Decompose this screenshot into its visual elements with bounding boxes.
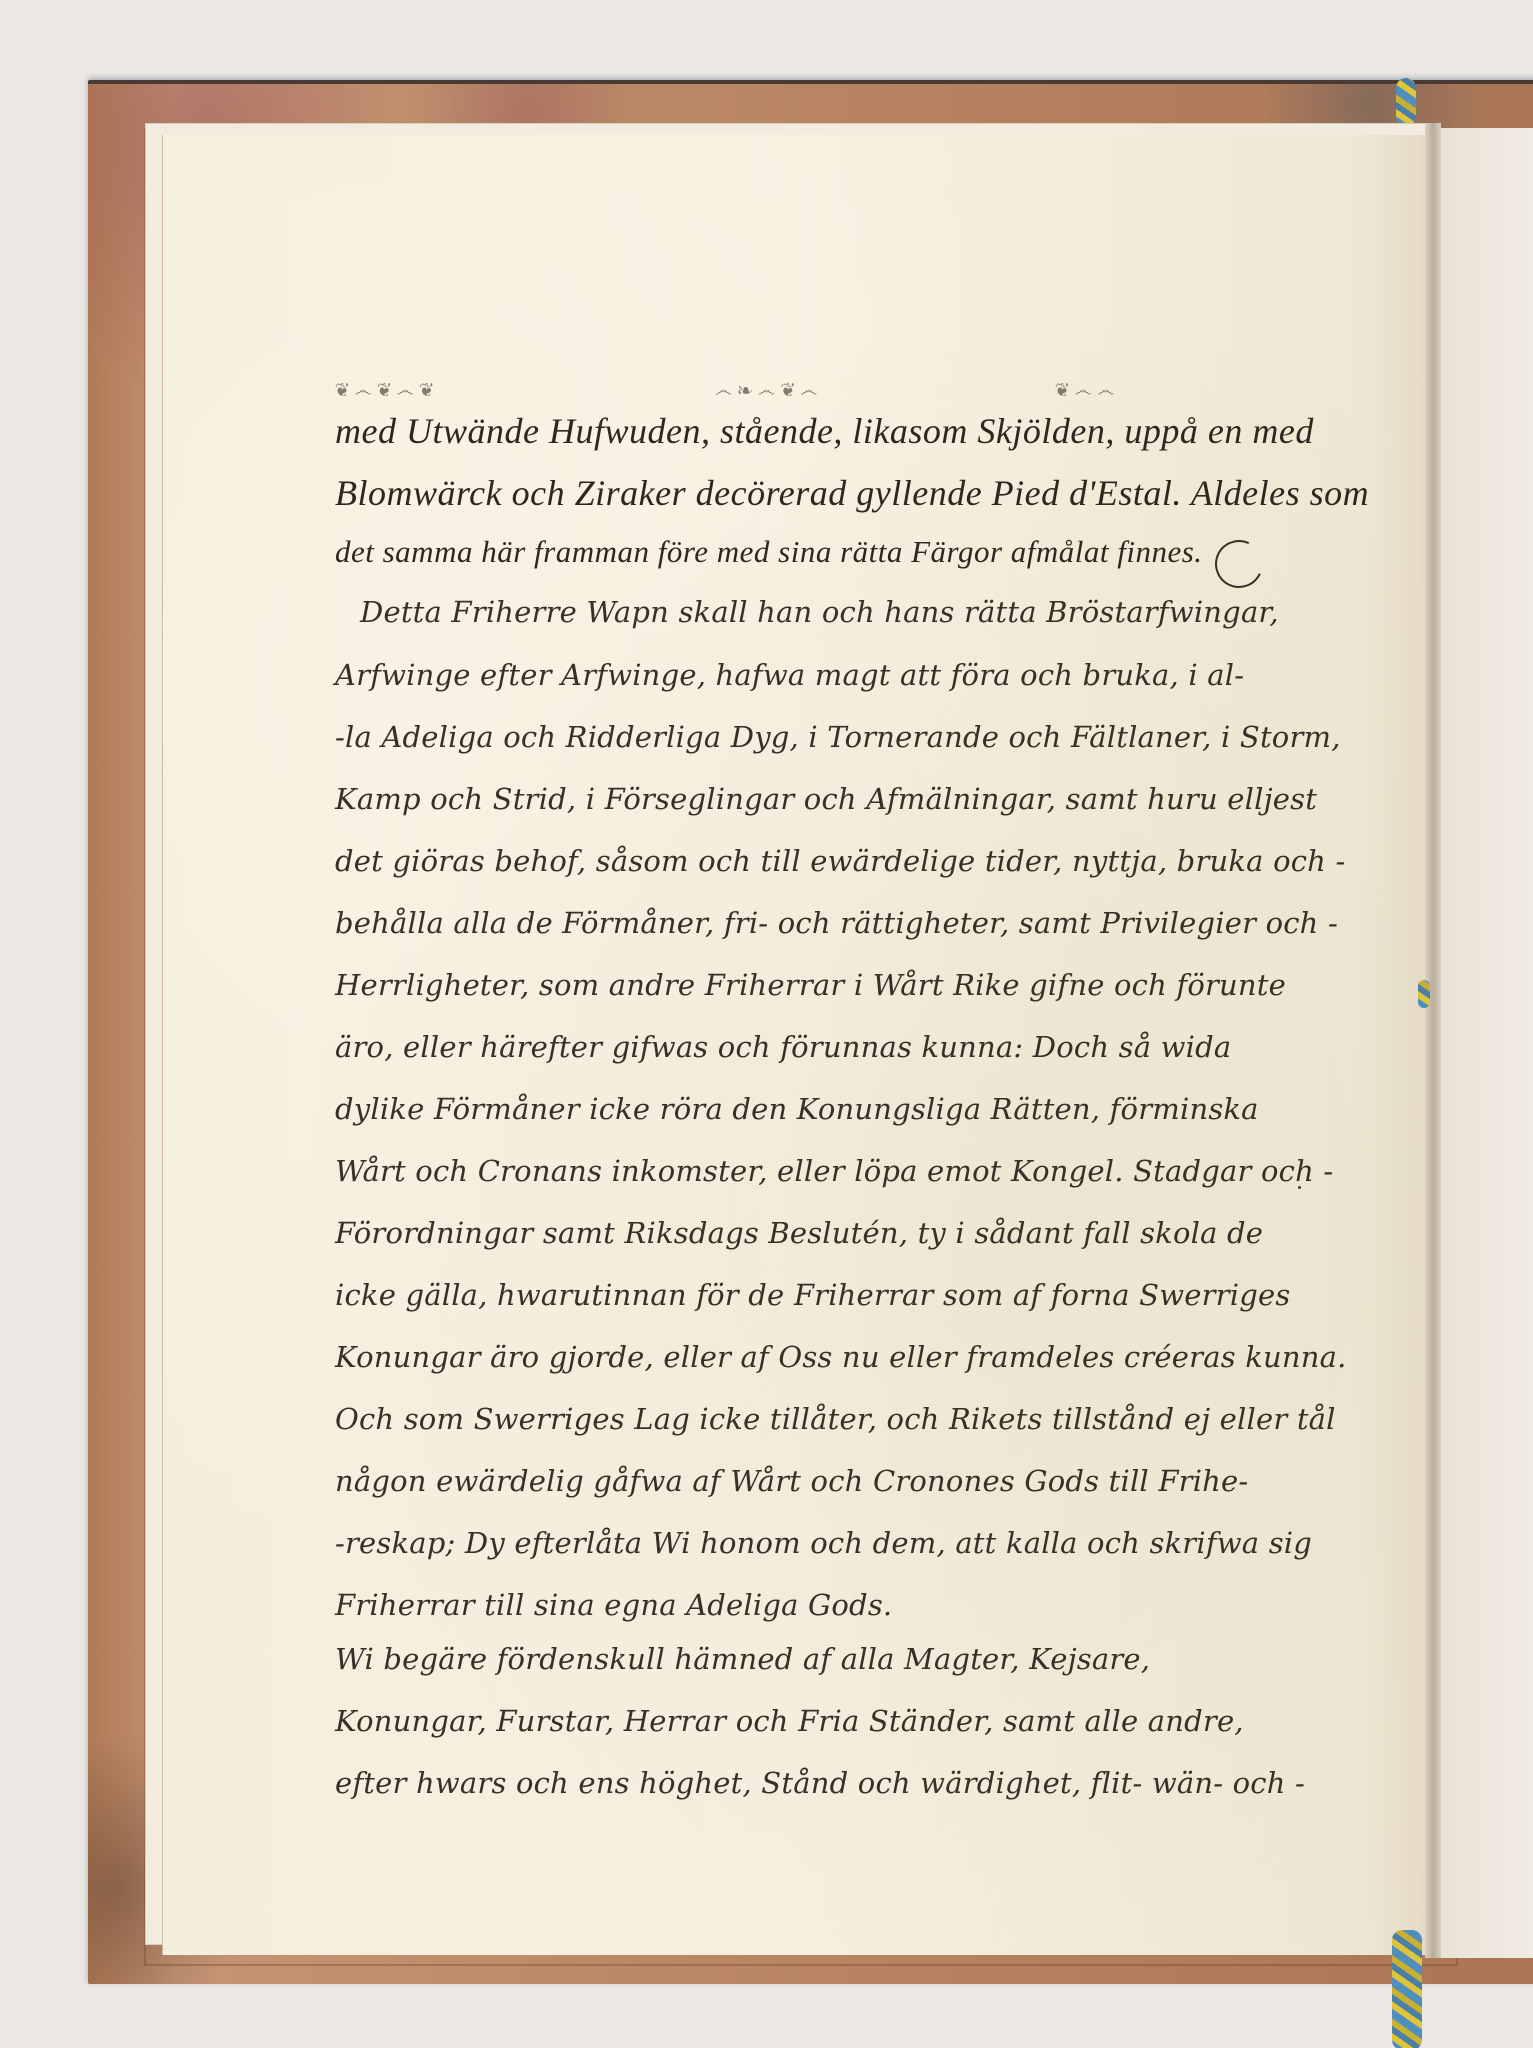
heading-line: med Utwände Hufwuden, stående, likasom S…	[335, 410, 1314, 452]
body-line: Konungar äro gjorde, eller af Oss nu ell…	[335, 1340, 1347, 1374]
body-line: Wi begäre fördenskull hämned af alla Mag…	[335, 1642, 1150, 1676]
flourish-ornament: ❦ ෴ ❦ ෴ ❦	[335, 380, 433, 401]
body-line: dylike Förmåner icke röra den Konungslig…	[335, 1092, 1259, 1126]
flourish-ornament: ❦ ෴ ෴	[1055, 380, 1114, 401]
body-line: -reskap; Dy efterlåta Wi honom och dem, …	[335, 1526, 1312, 1560]
body-line: icke gälla, hwarutinnan för de Friherrar…	[335, 1278, 1290, 1312]
body-line: Friherrar till sina egna Adeliga Gods.	[335, 1588, 892, 1622]
body-line: Och som Swerriges Lag icke tillåter, och…	[335, 1402, 1336, 1436]
body-line: -la Adeliga och Ridderliga Dyg, i Torner…	[335, 720, 1341, 754]
body-line: Herrligheter, som andre Friherrar i Wårt…	[335, 968, 1286, 1002]
body-line: det giöras behof, såsom och till ewärdel…	[335, 844, 1345, 878]
heading-line: det samma här framman före med sina rätt…	[335, 534, 1203, 570]
bookmark-cord-middle	[1418, 980, 1430, 1008]
body-line: äro, eller härefter gifwas och förunnas …	[335, 1030, 1231, 1064]
body-line: Förordningar samt Riksdags Beslutén, ty …	[335, 1216, 1263, 1250]
bookmark-cord-top	[1396, 78, 1416, 126]
body-line: efter hwars och ens höghet, Stånd och wä…	[335, 1766, 1305, 1800]
body-line: Detta Friherre Wapn skall han och hans r…	[360, 595, 1279, 629]
body-line: behålla alla de Förmåner, fri- och rätti…	[335, 906, 1338, 940]
bookmark-cord-bottom	[1392, 1930, 1422, 2048]
body-line: Konungar, Furstar, Herrar och Fria Ständ…	[335, 1704, 1244, 1738]
heading-line: Blomwärck och Ziraker decörerad gyllende…	[335, 472, 1369, 514]
facing-page-edge	[1441, 128, 1533, 1958]
body-line: Arfwinge efter Arfwinge, hafwa magt att …	[335, 658, 1244, 692]
body-line: någon ewärdelig gåfwa af Wårt och Cronon…	[335, 1464, 1248, 1498]
body-line: Kamp och Strid, i Förseglingar och Afmäl…	[335, 782, 1317, 816]
body-line: Wårt och Cronans inkomster, eller löpa e…	[335, 1154, 1333, 1188]
book-gutter	[1425, 123, 1441, 1958]
ink-speck	[1298, 1186, 1301, 1189]
flourish-ornament: ෴ ❧ ෴ ❦ ෴	[715, 380, 817, 401]
